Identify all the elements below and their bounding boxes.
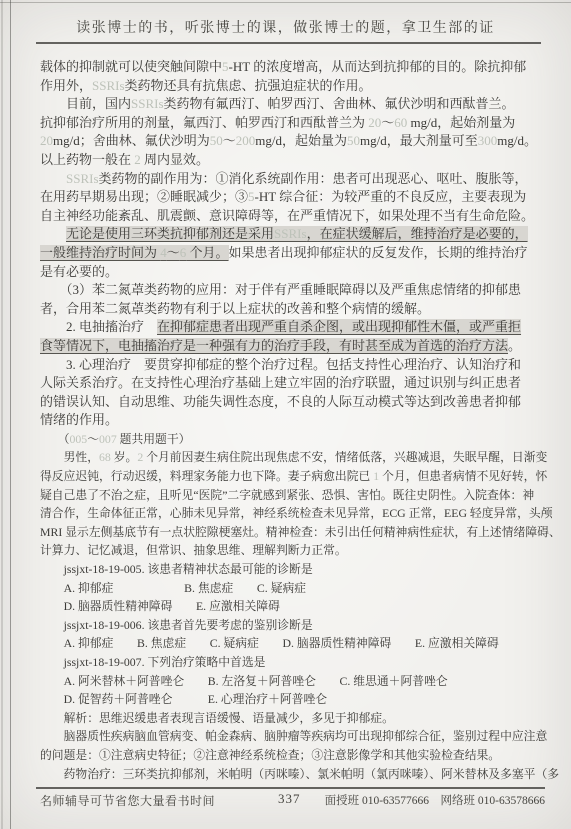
footer-rule [36,787,545,789]
text-run: 以上药物一般在 [40,152,134,167]
text-line: D. 脑器质性精神障碍 E. 应激相关障碍 [40,597,552,616]
scan-edge-shadow [1,0,3,829]
text-run: 脑器质性疾病脑血管病变、帕金森病、脑肿瘤等疾病均可出现抑郁综合征，鉴别过程中应注… [40,729,547,743]
highlighted-text: ～ [167,245,180,260]
text-line: 自主神经功能紊乱、肌震颤、意识障碍等，在严重情况下，如果处理不当有生命危险。 [40,207,552,226]
text-line: 作用外，SSRIs类药物还具有抗焦虑、抗强迫症状的作用。 [40,77,552,96]
text-run: （ [40,432,70,446]
highlighted-faint-text: 4 [160,245,167,260]
text-run: ～ [381,115,394,130]
text-run: mg/d；舍曲林、氟伏沙明为 [53,133,210,148]
document-body: 载体的抑制就可以使突触间隙中5-HT 的浓度增高，从而达到抗抑郁的目的。除抗抑郁… [40,58,552,783]
faint-answer-text: 50 [210,133,223,148]
text-run: 类药物有氟西汀、帕罗西汀、舍曲林、氟伏沙明和西酞普兰。 [164,96,515,111]
text-run: 药物治疗：三环类抗抑郁剂，米帕明（丙咪嗪）、氯米帕明（氯丙咪嗪）、阿米替林及多塞… [40,767,559,781]
faint-answer-text: 20 [40,133,53,148]
text-line: 男性，68 岁。2 个月前因妻生病住院出现焦虑不安，情绪低落，兴趣减退，失眠早醒… [40,448,552,467]
text-line: 是有必要的。 [40,263,552,282]
text-line: 者，合用苯二氮䓬类药物有利于以上症状的改善和整个病情的缓解。 [40,300,552,319]
text-run: ～ [223,133,236,148]
highlighted-text: 一般维持治疗时间为 [40,245,160,260]
text-run: D. 促智药＋阿普唑仑 E. 心理治疗＋阿普唑仑 [40,692,327,706]
text-run: 是有必要的。 [40,264,118,279]
faint-answer-text: SSRIs [92,78,125,93]
text-line: 载体的抑制就可以使突触间隙中5-HT 的浓度增高，从而达到抗抑郁的目的。除抗抑郁 [40,58,552,77]
text-run: 。 [508,338,521,353]
text-run: 载体的抑制就可以使突触间隙中 [40,59,222,74]
text-run: D. 脑器质性精神障碍 E. 应激相关障碍 [40,599,280,613]
highlighted-text: 无论是使用三环类抗抑郁剂还是采用 [66,226,274,241]
text-line: 疑自己患了不治之症，且听见“医院”二字就感到紧张、恐惧、害怕。既往史阴性。入院查… [40,486,552,505]
text-run: 个月前因妻生病住院出现焦虑不安，情绪低落，兴趣减退，失眠早醒，日渐变 [143,450,547,464]
text-run: 计算力、记忆减退，但常识、抽象思维、理解判断力正常。 [40,543,347,557]
text-run: 情绪的作用。 [40,412,118,427]
text-run: 作用外， [40,78,92,93]
footer-left-text: 名师辅导可节省您大量看书时间 [40,792,215,809]
text-line: 的问题是：①注意病史特征；②注意神经系统检查；③注意影像学和其他实验检查结果。 [40,746,552,765]
highlighted-faint-text: SSRIs [274,226,307,241]
text-line: 脑器质性疾病脑血管病变、帕金森病、脑肿瘤等疾病均可出现抑郁综合征，鉴别过程中应注… [40,727,552,746]
text-line: jssjxt-18-19-006. 该患者首先要考虑的鉴别诊断是 [40,616,552,635]
text-line: jssjxt-18-19-007. 下列治疗策略中首选是 [40,653,552,672]
text-run: 题共用题干） [117,432,191,446]
footer-right-text: 面授班 010-63577666 网络班 010-63578666 [325,792,545,808]
faint-answer-text: SSRIs [131,96,164,111]
text-line: （3）苯二氮䓬类药物的应用：对于伴有严重睡眠障碍以及严重焦虑情绪的抑郁患 [40,281,552,300]
text-run: 2. 电抽搐治疗 [40,319,157,334]
text-run: mg/d。 [497,133,537,148]
text-line: 以上药物一般在 2 周内显效。 [40,151,552,170]
text-line: 食等情况下，电抽搐治疗是一种强有力的治疗手段，有时甚至成为首选的治疗方法。 [40,337,552,356]
text-line: 3. 心理治疗 要贯穿抑郁症的整个治疗过程。包括支持性心理治疗、认知治疗和 [40,356,552,375]
text-line: 药物治疗：三环类抗抑郁剂，米帕明（丙咪嗪）、氯米帕明（氯丙咪嗪）、阿米替林及多塞… [40,765,552,784]
text-line: 的错误认知、自动思维、功能失调性态度，不良的人际互动模式等达到改善患者抑郁 [40,393,552,412]
text-line: A. 阿米替林＋阿普唑仑 B. 左洛复＋阿普唑仑 C. 维思通＋阿普唑仑 [40,672,552,691]
text-run: 人际关系治疗。在支持性心理治疗基础上建立牢固的治疗联盟，通过识别与纠正患者 [40,375,521,390]
text-line: 目前，国内SSRIs类药物有氟西汀、帕罗西汀、舍曲林、氟伏沙明和西酞普兰。 [40,95,552,114]
highlighted-text: 个月。 [186,245,228,260]
text-run: 3. 心理治疗 要贯穿抑郁症的整个治疗过程。包括支持性心理治疗、认知治疗和 [40,357,521,372]
text-line: 清合作，生命体征正常，心肺未见异常，神经系统检查未见异常，ECG 正常，EEG … [40,504,552,523]
scan-top-line [0,2,571,3]
faint-answer-text: 68 [99,450,111,464]
text-run: -HT 综合征：为较严重的不良反应，主要表现为 [255,189,527,204]
text-run: 周内显效。 [141,152,209,167]
text-line: A. 抑郁症 B. 焦虑症 C. 疑病症 D. 脑器质性精神障碍 E. 应激相关… [40,634,552,653]
text-run: mg/d，起始量为 [255,133,347,148]
text-run [40,171,66,186]
text-run: 的问题是：①注意病史特征；②注意神经系统检查；③注意影像学和其他实验检查结果。 [40,748,500,762]
text-line: 情绪的作用。 [40,411,552,430]
text-run: 目前，国内 [40,96,131,111]
text-line: 20mg/d；舍曲林、氟伏沙明为50～200mg/d，起始量为50mg/d，最大… [40,132,552,151]
page-footer: 名师辅导可节省您大量看书时间 337 面授班 010-63577666 网络班 … [40,792,545,808]
text-run: 自主神经功能紊乱、肌震颤、意识障碍等，在严重情况下，如果处理不当有生命危险。 [40,208,534,223]
text-run: 岁。 [111,450,138,464]
faint-answer-text: 50 [347,133,360,148]
text-run: A. 抑郁症 B. 焦虑症 C. 疑病症 D. 脑器质性精神障碍 E. 应激相关… [40,636,499,650]
faint-answer-text: SSRIs [66,171,99,186]
text-run: 如果患者出现抑郁症状的反复发作，长期的维持治疗 [229,245,528,260]
text-line: 人际关系治疗。在支持性心理治疗基础上建立牢固的治疗联盟，通过识别与纠正患者 [40,374,552,393]
highlighted-text: 食等情况下，电抽搐治疗是一种强有力的治疗手段，有时甚至成为首选的治疗方法 [40,338,508,353]
page-header-slogan: 读张博士的书，听张博士的课，做张博士的题，拿卫生部的证 [0,17,571,37]
text-run: 得反应迟钝，行动迟缓，料理家务能力也下降。妻子病愈出院已 [40,469,373,483]
text-run: 类药物的副作用为：①消化系统副作用：患者可出现恶心、呕吐、腹胀等， [99,171,528,186]
text-run: 解析：思维迟缓患者表现言语缓慢、语量减少，多见于抑郁症。 [40,711,394,725]
text-line: SSRIs类药物的副作用为：①消化系统副作用：患者可出现恶心、呕吐、腹胀等， [40,170,552,189]
text-line: 无论是使用三环类抗抑郁剂还是采用SSRIs，在症状缓解后，维持治疗是必要的， [40,225,552,244]
faint-answer-text: 300 [478,133,498,148]
text-line: 2. 电抽搐治疗 在抑郁症患者出现严重自杀企图，或出现抑郁性木僵，或严重拒 [40,318,552,337]
text-run: -HT 的浓度增高，从而达到抗抑郁的目的。除抗抑郁 [229,59,527,74]
header-rule [36,42,541,44]
faint-answer-text: 60 [394,115,407,130]
text-run: jssjxt-18-19-005. 该患者精神状态最可能的诊断是 [40,562,313,576]
text-line: 抗抑郁治疗所用的剂量，氟西汀、帕罗西汀和西酞普兰为 20～60 mg/d，起始剂… [40,114,552,133]
text-run: MRI 显示左侧基底节有一点状腔隙梗塞灶。精神检查：未引出任何精神病性症状，有上… [40,525,561,539]
text-run: mg/d，最大剂量可至 [360,133,478,148]
text-run: jssjxt-18-19-006. 该患者首先要考虑的鉴别诊断是 [40,618,313,632]
text-line: D. 促智药＋阿普唑仑 E. 心理治疗＋阿普唑仑 [40,690,552,709]
text-run: 清合作，生命体征正常，心肺未见异常，神经系统检查未见异常，ECG 正常，EEG … [40,506,553,520]
faint-answer-text: 007 [99,432,117,446]
faint-answer-text: 200 [236,133,256,148]
text-line: MRI 显示左侧基底节有一点状腔隙梗塞灶。精神检查：未引出任何精神病性症状，有上… [40,523,552,542]
faint-answer-text: 005 [70,432,88,446]
highlighted-text: ，在症状缓解后，维持治疗是必要的， [307,226,528,241]
text-line: 一般维持治疗时间为 4～6 个月。如果患者出现抑郁症状的反复发作，长期的维持治疗 [40,244,552,263]
text-line: jssjxt-18-19-005. 该患者精神状态最可能的诊断是 [40,560,552,579]
text-run: 在用药早期易出现；②睡眠减少；③ [40,189,248,204]
text-run [40,226,66,241]
highlighted-text: 在抑郁症患者出现严重自杀企图，或出现抑郁性木僵，或严重拒 [157,319,521,334]
text-run: 抗抑郁治疗所用的剂量，氟西汀、帕罗西汀和西酞普兰为 [40,115,368,130]
text-line: A. 抑郁症 B. 焦虑症 C. 疑病症 [40,579,552,598]
text-run: A. 抑郁症 B. 焦虑症 C. 疑病症 [40,581,306,595]
text-run: 的错误认知、自动思维、功能失调性态度，不良的人际互动模式等达到改善患者抑郁 [40,394,521,409]
text-run: A. 阿米替林＋阿普唑仑 B. 左洛复＋阿普唑仑 C. 维思通＋阿普唑仑 [40,674,448,688]
scan-edge-line [10,0,11,829]
text-line: 计算力、记忆减退，但常识、抽象思维、理解判断力正常。 [40,541,552,560]
text-run: jssjxt-18-19-007. 下列治疗策略中首选是 [40,655,265,669]
text-run: 男性， [40,450,99,464]
text-line: （005～007 题共用题干） [40,430,552,449]
text-line: 得反应迟钝，行动迟缓，料理家务能力也下降。妻子病愈出院已 1 个月，但患者病情不… [40,467,552,486]
text-run: mg/d，起始剂量为 [407,115,515,130]
text-run: 个月，但患者病情不见好转，怀 [379,469,547,483]
faint-answer-text: 20 [368,115,381,130]
text-line: 在用药早期易出现；②睡眠减少；③5-HT 综合征：为较严重的不良反应，主要表现为 [40,188,552,207]
page-number: 337 [278,791,301,807]
text-run: 类药物还具有抗焦虑、抗强迫症状的作用。 [125,78,372,93]
text-run: ～ [87,432,99,446]
text-line: 解析：思维迟缓患者表现言语缓慢、语量减少，多见于抑郁症。 [40,709,552,728]
text-run: 者，合用苯二氮䓬类药物有利于以上症状的改善和整个病情的缓解。 [40,301,430,316]
text-run: 疑自己患了不治之症，且听见“医院”二字就感到紧张、恐惧、害怕。既往史阴性。入院查… [40,488,534,502]
scanned-page: 读张博士的书，听张博士的课，做张博士的题，拿卫生部的证 载体的抑制就可以使突触间… [0,0,571,829]
text-run: （3）苯二氮䓬类药物的应用：对于伴有严重睡眠障碍以及严重焦虑情绪的抑郁患 [40,282,521,297]
